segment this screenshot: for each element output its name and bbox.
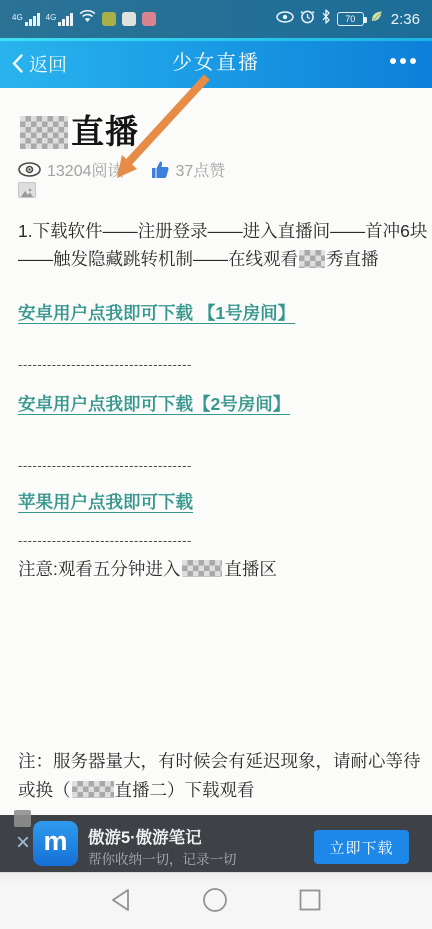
notice-line: 注意:观看五分钟进入 直播区	[18, 556, 277, 581]
ad-app-subtitle: 帮你收纳一切，记录一切	[88, 848, 237, 868]
network-type-label: 4G	[12, 13, 23, 22]
small-image-artifact	[14, 810, 31, 827]
back-triangle-icon	[109, 888, 131, 912]
footnote-line-1: 注：服务器量大，有时候会有延迟现象，请耐心等待	[18, 748, 421, 773]
dashed-divider: ------------------------------------	[18, 533, 192, 548]
article-meta: 13204阅读 37点赞	[18, 158, 225, 181]
status-bar-left: 4G 4G	[12, 10, 156, 28]
article-title-text: 直播	[71, 106, 139, 153]
back-label: 返回	[29, 50, 67, 77]
signal-icon: 4G	[46, 13, 74, 26]
ad-app-title: 傲游5·傲游笔记	[88, 824, 202, 848]
dashed-divider: ------------------------------------	[18, 357, 192, 372]
eye-protection-icon	[276, 10, 294, 28]
ad-banner: × m 傲游5·傲游笔记 帮你收纳一切，记录一切 立即下载	[0, 815, 432, 872]
more-dots-icon[interactable]	[390, 58, 416, 64]
status-time: 2:36	[391, 11, 420, 28]
android-recents-button[interactable]	[296, 886, 324, 914]
dashed-divider: ------------------------------------	[18, 458, 192, 473]
nav-accent-line	[0, 38, 432, 41]
home-circle-icon	[202, 887, 228, 913]
back-button[interactable]: 返回	[12, 50, 67, 76]
android-back-button[interactable]	[106, 886, 134, 914]
close-icon[interactable]: ×	[11, 829, 35, 857]
blurred-word	[182, 560, 222, 577]
instructions-line-2-text: 秀直播	[326, 246, 379, 271]
notification-icon-green	[102, 12, 116, 26]
article-title: 直播	[20, 106, 139, 153]
bluetooth-icon	[321, 9, 331, 29]
battery-icon: 70	[337, 12, 364, 26]
logo-letter: m	[43, 828, 67, 855]
blurred-word	[72, 781, 114, 798]
broken-image-icon	[18, 182, 36, 198]
thumb-up-icon	[150, 160, 170, 179]
notification-icon-pink	[142, 12, 156, 26]
read-count: 13204阅读	[47, 158, 124, 181]
recents-square-icon	[298, 888, 322, 912]
alarm-icon	[300, 9, 315, 29]
notice-text: 注意:观看五分钟进入	[18, 556, 180, 581]
instructions-line-2-text: ——触发隐藏跳转机制——在线观看	[18, 246, 298, 271]
power-saving-leaf-icon	[370, 10, 383, 28]
download-link-ios[interactable]: 苹果用户点我即可下载	[18, 489, 193, 514]
status-bar: 4G 4G	[0, 0, 432, 38]
footnote-text: 或换（	[18, 777, 71, 802]
battery-level: 70	[345, 15, 355, 24]
download-link-android-room1[interactable]: 安卓用户点我即可下载 【1号房间】	[18, 300, 295, 325]
download-link-android-room2[interactable]: 安卓用户点我即可下载【2号房间】	[18, 391, 290, 416]
wifi-icon	[79, 10, 96, 28]
android-home-button[interactable]	[201, 886, 229, 914]
views-eye-icon	[18, 162, 41, 177]
blurred-word	[299, 250, 325, 268]
notice-text: 直播区	[224, 556, 277, 581]
footnote-line-2: 或换（ 直播二）下载观看	[18, 777, 255, 802]
instructions-line-2: ——触发隐藏跳转机制——在线观看 秀直播	[18, 246, 418, 271]
blurred-word	[20, 116, 68, 149]
status-bar-right: 70 2:36	[276, 9, 420, 29]
chevron-left-icon	[12, 54, 23, 73]
phone-screen: 4G 4G	[0, 0, 432, 929]
like-count: 37点赞	[176, 158, 226, 181]
network-type-label: 4G	[46, 13, 57, 22]
instructions-line-1: 1.下载软件——注册登录——进入直播间——首冲6块	[18, 218, 418, 243]
maxthon-logo-icon: m	[33, 821, 78, 866]
signal-icon: 4G	[12, 13, 40, 26]
notification-icon-chat	[122, 12, 136, 26]
footnote-text: 直播二）下载观看	[115, 777, 255, 802]
download-now-button[interactable]: 立即下载	[314, 830, 409, 864]
